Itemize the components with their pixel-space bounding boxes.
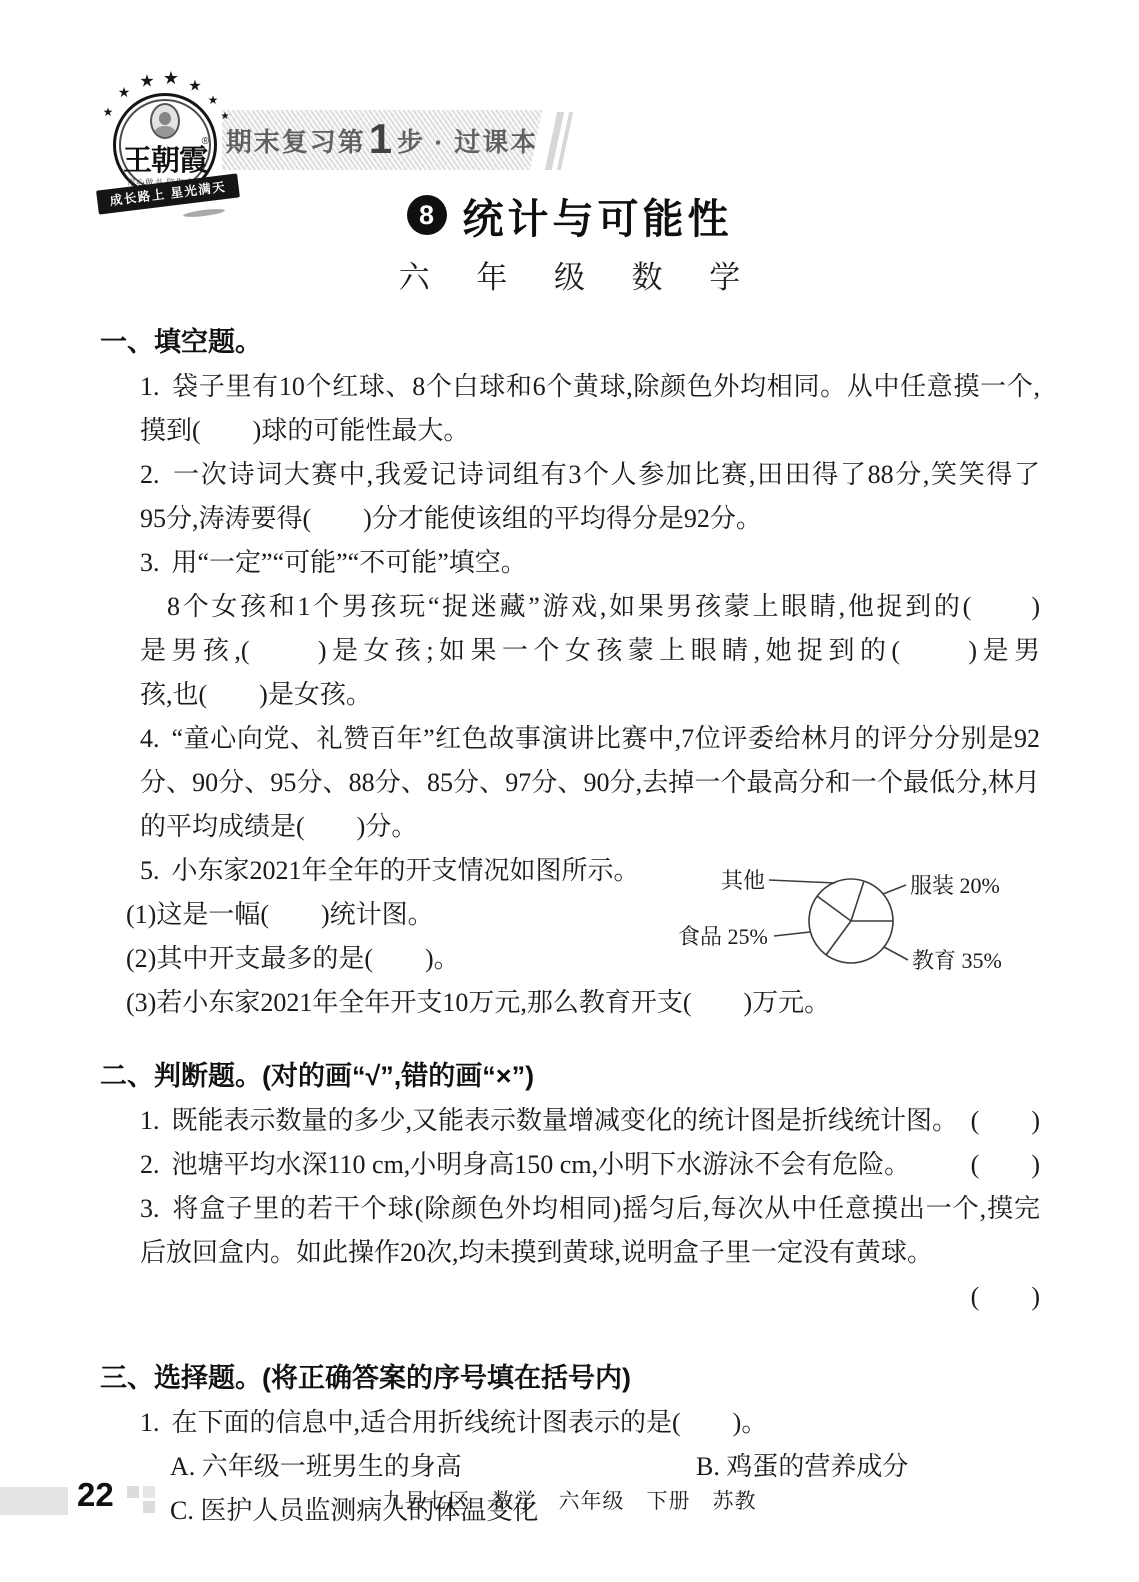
question-line: 1.袋子里有10个红球、8个白球和6个黄球,除颜色外均相同。从中任意摸一个,: [140, 365, 1040, 409]
unit-title-text: 统计与可能性: [463, 186, 733, 245]
question-line: 4.“童心向党、礼赞百年”红色故事演讲比赛中,7位评委给林月的评分分别是92: [140, 717, 1040, 761]
question-line: 后放回盒内。如此操作20次,均未摸到黄球,说明盒子里一定没有黄球。: [140, 1231, 1040, 1275]
question-3: 3.将盒子里的若干个球(除颜色外均相同)摇匀后,每次从中任意摸出一个,摸完 后放…: [100, 1187, 1040, 1319]
pie-divider-line: [826, 921, 851, 955]
question-number: 4.: [140, 724, 160, 753]
worksheet-page: 期末复习第 1 步 · 过课本 ★ ★ ★ ★ ★ ★ ★ 王朝霞 ® 用心做书…: [0, 0, 1139, 1582]
question-number: 3.: [140, 548, 160, 577]
star-icon: ★: [118, 86, 131, 100]
question-line: 2.池塘平均水深110 cm,小明身高150 cm,小明下水游泳不会有危险。 (…: [140, 1143, 1040, 1187]
banner-text-suffix: 步 · 过课本: [397, 122, 538, 159]
pie-divider-line: [851, 881, 864, 921]
pie-leader-line: [774, 932, 810, 936]
star-icon: ★: [188, 79, 201, 94]
question-line: 3.用“一定”“可能”“不可能”填空。: [140, 541, 1040, 585]
question-4: 4.“童心向党、礼赞百年”红色故事演讲比赛中,7位评委给林月的评分分别是92 分…: [100, 717, 1040, 849]
pie-chart: 其他 服装 20% 食品 25% 教育 35%: [666, 857, 1026, 995]
grade-subtitle: 六 年 级 数 学: [0, 252, 1139, 297]
section-true-false: 二、判断题。(对的画“√”,错的画“×”) 1.既能表示数量的多少,又能表示数量…: [100, 1053, 1040, 1319]
question-number: 1.: [140, 1106, 160, 1135]
pie-divider-line: [817, 896, 851, 921]
section-heading: 二、判断题。(对的画“√”,错的画“×”): [100, 1053, 1040, 1099]
question-line: 1.既能表示数量的多少,又能表示数量增减变化的统计图是折线统计图。 ( ): [140, 1099, 1040, 1143]
question-number: 1.: [140, 372, 160, 401]
pie-leader-line: [883, 885, 906, 894]
registered-mark: ®: [202, 136, 209, 147]
banner-text-prefix: 期末复习第: [226, 122, 366, 159]
star-icon: ★: [139, 74, 154, 91]
pie-leader-line: [884, 947, 908, 960]
star-icon: ★: [221, 112, 230, 122]
pie-label-clothing: 服装 20%: [910, 873, 1000, 898]
question-1: 1.袋子里有10个红球、8个白球和6个黄球,除颜色外均相同。从中任意摸一个, 摸…: [100, 365, 1040, 453]
question-number: 1.: [140, 1408, 160, 1437]
review-banner: 期末复习第 1 步 · 过课本: [222, 110, 542, 170]
question-line: 孩,也( )是女孩。: [140, 673, 1040, 717]
question-line: 是男孩,( )是女孩;如果一个女孩蒙上眼睛,她捉到的( )是男: [140, 629, 1040, 673]
question-line: 8个女孩和1个男孩玩“捉迷藏”游戏,如果男孩蒙上眼睛,他捉到的( ): [140, 585, 1040, 629]
worksheet-body: 一、填空题。 1.袋子里有10个红球、8个白球和6个黄球,除颜色外均相同。从中任…: [100, 319, 1040, 1533]
question-2: 2.池塘平均水深110 cm,小明身高150 cm,小明下水游泳不会有危险。 (…: [100, 1143, 1040, 1187]
question-number: 3.: [140, 1194, 160, 1223]
question-2: 2.一次诗词大赛中,我爱记诗词组有3个人参加比赛,田田得了88分,笑笑得了 95…: [100, 453, 1040, 541]
section-heading: 一、填空题。: [100, 319, 1040, 365]
question-number: 2.: [140, 460, 160, 489]
answer-bracket: ( ): [140, 1275, 1040, 1319]
question-line: 分、90分、95分、88分、85分、97分、90分,去掉一个最高分和一个最低分,…: [140, 761, 1040, 805]
star-icon: ★: [103, 106, 114, 118]
question-line: 95分,涛涛要得( )分才能使该组的平均得分是92分。: [140, 497, 1040, 541]
question-line: 3.将盒子里的若干个球(除颜色外均相同)摇匀后,每次从中任意摸出一个,摸完: [140, 1187, 1040, 1231]
answer-bracket: ( ): [971, 1143, 1040, 1187]
pie-label-education: 教育 35%: [912, 948, 1002, 973]
book-info: 九县七区 数学 六年级 下册 苏教: [0, 1485, 1139, 1515]
pie-label-other: 其他: [721, 868, 765, 893]
question-1: 1.既能表示数量的多少,又能表示数量增减变化的统计图是折线统计图。 ( ): [100, 1099, 1040, 1143]
star-icon: ★: [163, 70, 179, 88]
question-5: 5.小东家2021年全年的开支情况如图所示。 (1)这是一幅( )统计图。 (2…: [100, 849, 1040, 1025]
portrait-icon: [150, 103, 180, 139]
section-fill-blanks: 一、填空题。 1.袋子里有10个红球、8个白球和6个黄球,除颜色外均相同。从中任…: [100, 319, 1040, 1025]
question-line: 1.在下面的信息中,适合用折线统计图表示的是( )。: [140, 1401, 1040, 1445]
pie-leader-line: [769, 880, 835, 883]
question-line: 摸到( )球的可能性最大。: [140, 409, 1040, 453]
star-icon: ★: [208, 94, 219, 106]
banner-step-number: 1: [369, 115, 394, 163]
question-3: 3.用“一定”“可能”“不可能”填空。 8个女孩和1个男孩玩“捉迷藏”游戏,如果…: [100, 541, 1040, 717]
question-number: 5.: [140, 856, 160, 885]
answer-bracket: ( ): [971, 1099, 1040, 1143]
question-line: 的平均成绩是( )分。: [140, 805, 1040, 849]
brand-logo: ★ ★ ★ ★ ★ ★ ★ 王朝霞 ® 用心做书 陪你成长 成长路上 星光满天: [95, 60, 245, 215]
unit-number-badge: 8: [407, 195, 447, 235]
section-heading: 三、选择题。(将正确答案的序号填在括号内): [100, 1355, 1040, 1401]
page-footer: 22 九县七区 数学 六年级 下册 苏教: [0, 1480, 1139, 1524]
pie-label-food: 食品 25%: [678, 924, 768, 949]
question-line: 2.一次诗词大赛中,我爱记诗词组有3个人参加比赛,田田得了88分,笑笑得了: [140, 453, 1040, 497]
brand-name: 王朝霞: [116, 138, 214, 179]
page-header: 期末复习第 1 步 · 过课本 ★ ★ ★ ★ ★ ★ ★ 王朝霞 ® 用心做书…: [0, 0, 1139, 152]
question-number: 2.: [140, 1150, 160, 1179]
